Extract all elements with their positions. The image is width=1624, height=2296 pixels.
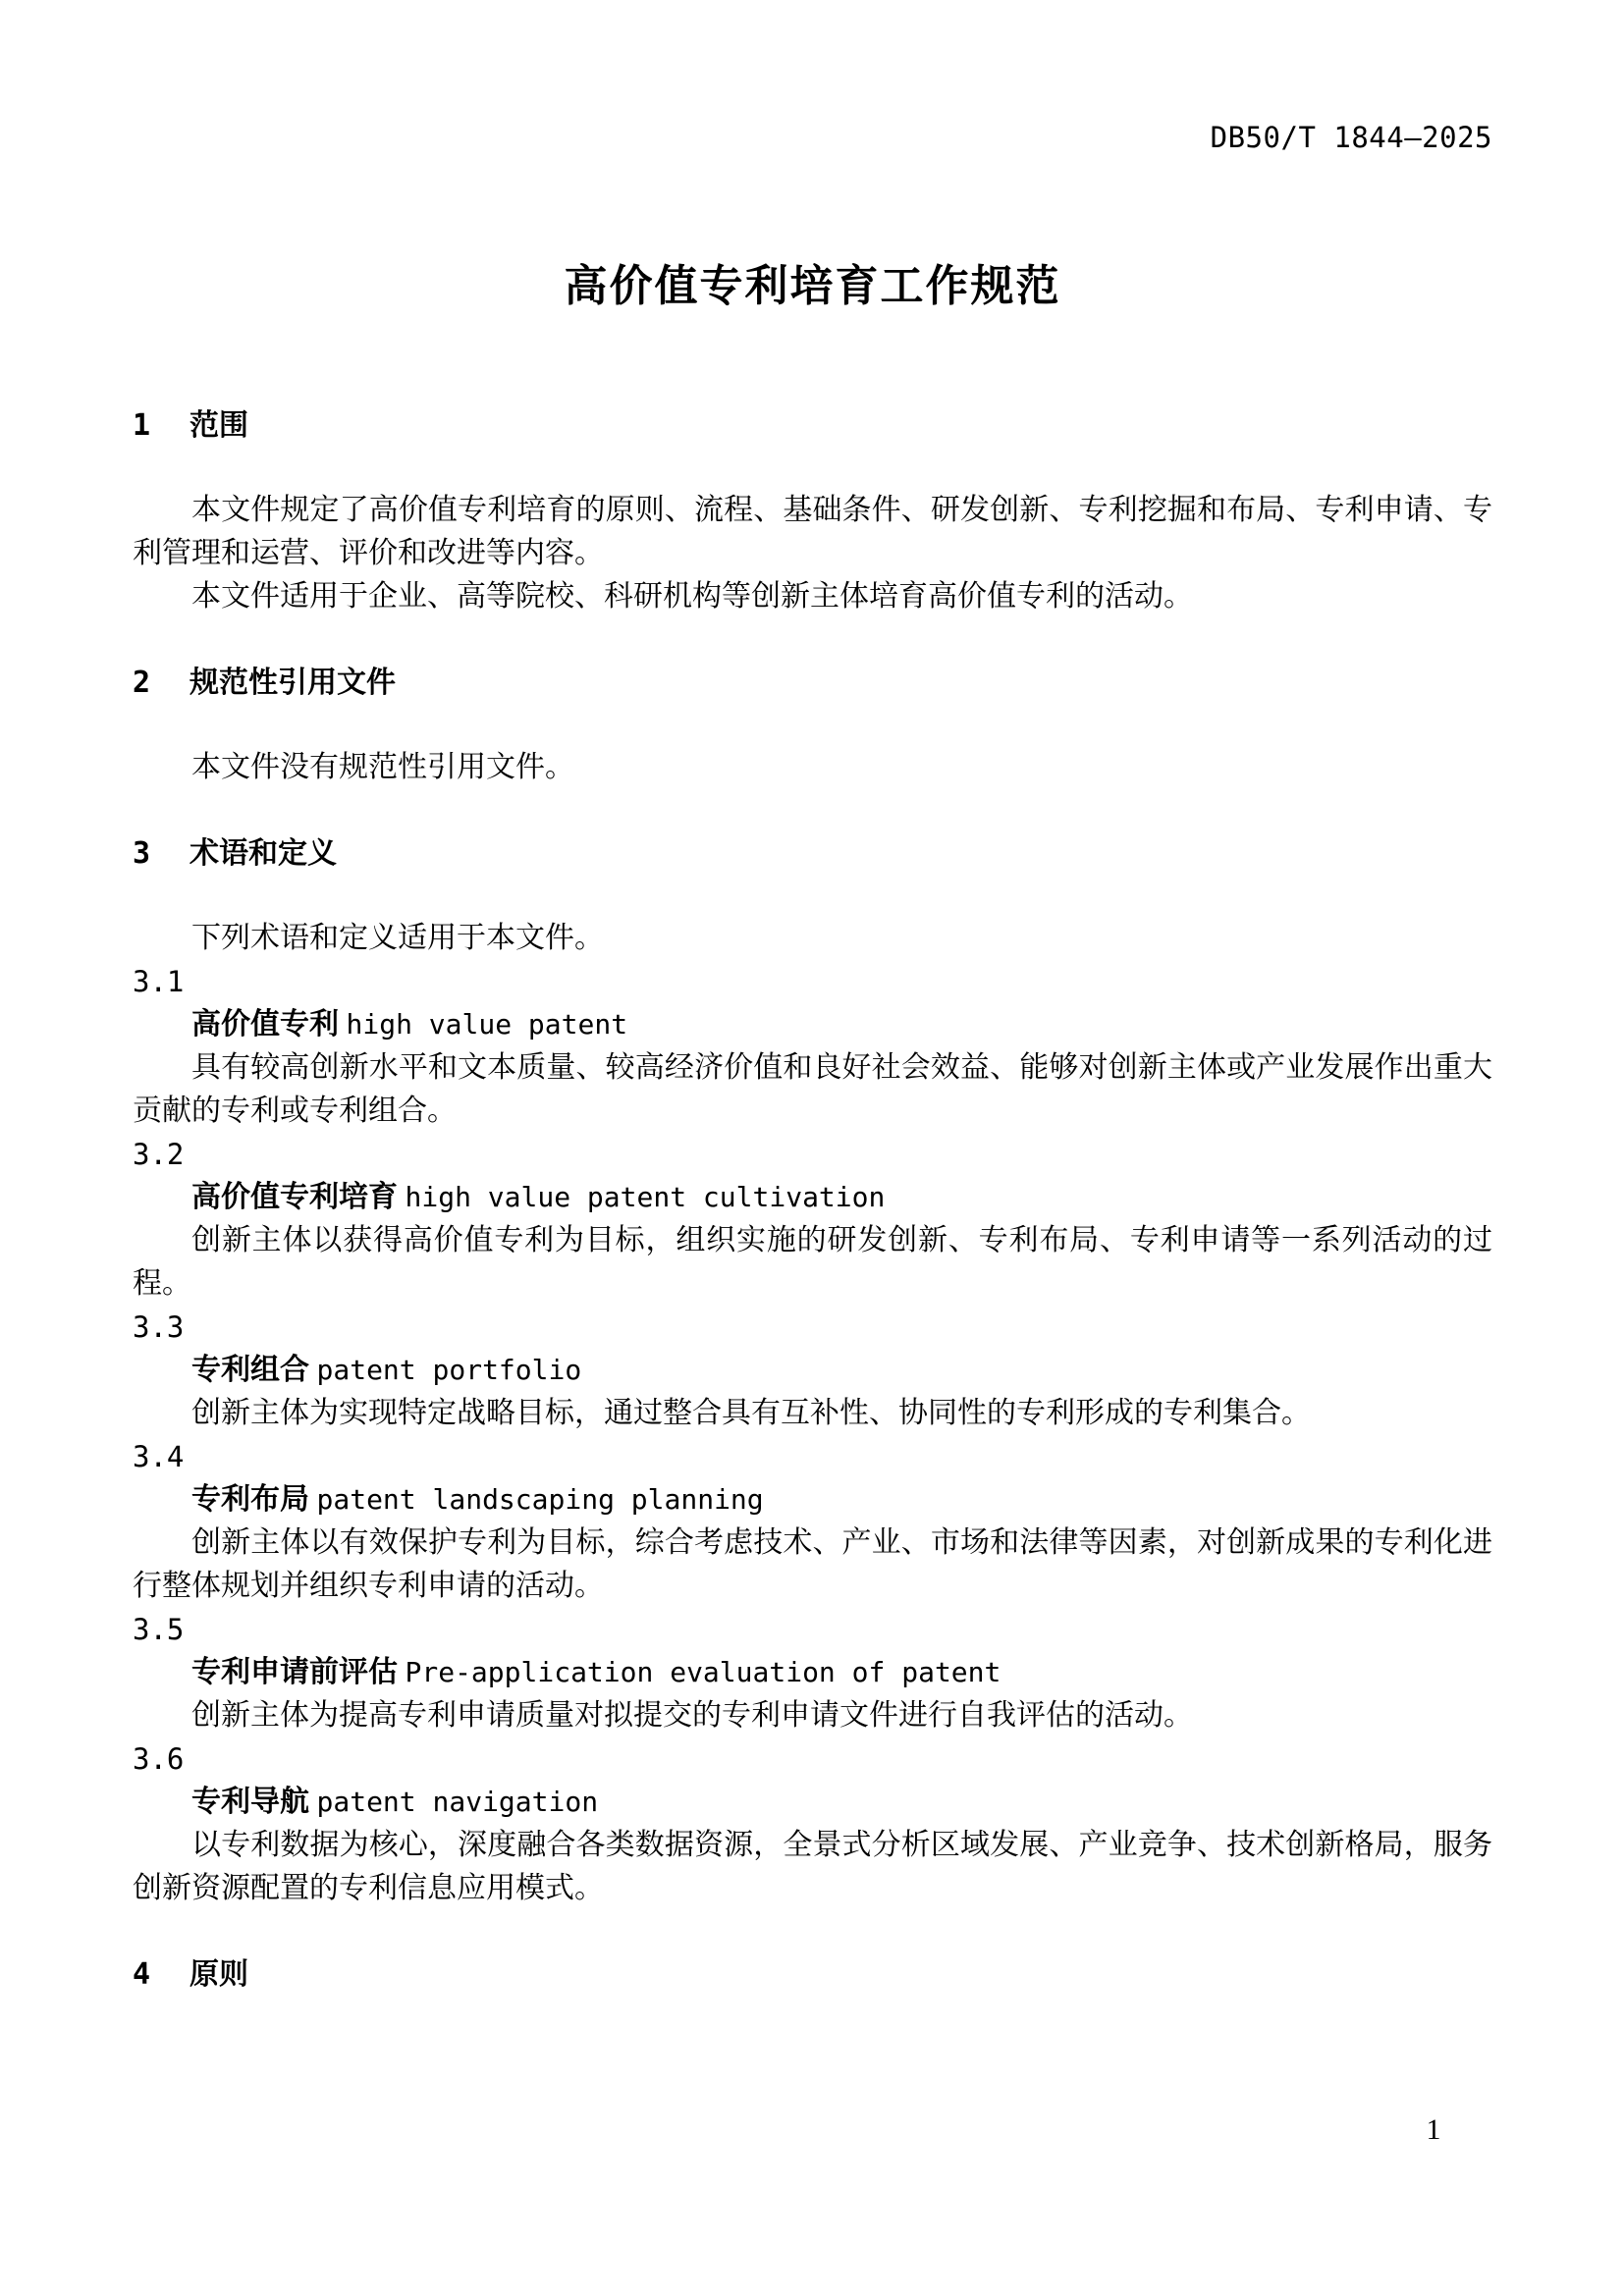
term-3-5: 3.5 专利申请前评估 Pre-application evaluation o…: [133, 1608, 1492, 1737]
term-3-5-id: 3.5: [133, 1608, 1492, 1651]
term-3-2-zh: 高价值专利培育: [191, 1181, 398, 1213]
term-3-4: 3.4 专利布局 patent landscaping planning 创新主…: [133, 1435, 1492, 1608]
section-2-number: 2: [133, 662, 189, 705]
term-3-5-name: 专利申请前评估 Pre-application evaluation of pa…: [133, 1651, 1492, 1694]
section-2-heading: 2规范性引用文件: [133, 662, 1492, 705]
term-3-2-en: high value patent cultivation: [406, 1181, 886, 1213]
term-3-1-name: 高价值专利 high value patent: [133, 1003, 1492, 1046]
term-3-3-definition: 创新主体为实现特定战略目标，通过整合具有互补性、协同性的专利形成的专利集合。: [133, 1392, 1492, 1435]
term-3-4-name: 专利布局 patent landscaping planning: [133, 1478, 1492, 1522]
section-4-title: 原则: [189, 1958, 248, 1991]
term-3-1: 3.1 高价值专利 high value patent 具有较高创新水平和文本质…: [133, 960, 1492, 1133]
page-number: 1: [1414, 2109, 1453, 2152]
section-1-heading: 1范围: [133, 404, 1492, 448]
term-3-4-en: patent landscaping planning: [317, 1483, 764, 1516]
term-3-4-definition: 创新主体以有效保护专利为目标，综合考虑技术、产业、市场和法律等因素，对创新成果的…: [133, 1522, 1492, 1608]
section-3-intro: 下列术语和定义适用于本文件。: [133, 917, 1492, 960]
document-page: DB50/T 1844—2025 高价值专利培育工作规范 1范围 本文件规定了高…: [0, 0, 1624, 2296]
term-3-6-zh: 专利导航: [191, 1786, 309, 1818]
section-3-title: 术语和定义: [189, 837, 337, 870]
term-3-3-zh: 专利组合: [191, 1354, 309, 1386]
document-title: 高价值专利培育工作规范: [133, 261, 1492, 312]
term-3-2: 3.2 高价值专利培育 high value patent cultivatio…: [133, 1133, 1492, 1306]
term-3-5-en: Pre-application evaluation of patent: [406, 1656, 1001, 1688]
term-3-4-id: 3.4: [133, 1435, 1492, 1478]
term-3-2-definition: 创新主体以获得高价值专利为目标，组织实施的研发创新、专利布局、专利申请等一系列活…: [133, 1219, 1492, 1306]
section-2-title: 规范性引用文件: [189, 667, 396, 699]
term-3-6-definition: 以专利数据为核心，深度融合各类数据资源，全景式分析区域发展、产业竞争、技术创新格…: [133, 1824, 1492, 1910]
term-3-4-zh: 专利布局: [191, 1483, 309, 1516]
section-3-number: 3: [133, 832, 189, 876]
standard-number: DB50/T 1844—2025: [133, 0, 1492, 155]
section-2-paragraph-1: 本文件没有规范性引用文件。: [133, 746, 1492, 789]
section-1-paragraph-2: 本文件适用于企业、高等院校、科研机构等创新主体培育高价值专利的活动。: [133, 575, 1492, 618]
term-3-2-name: 高价值专利培育 high value patent cultivation: [133, 1176, 1492, 1219]
section-4-number: 4: [133, 1953, 189, 1997]
term-3-1-zh: 高价值专利: [191, 1008, 339, 1041]
term-3-3-id: 3.3: [133, 1306, 1492, 1349]
page-content: DB50/T 1844—2025 高价值专利培育工作规范 1范围 本文件规定了高…: [0, 0, 1624, 1997]
section-1-number: 1: [133, 404, 189, 448]
term-3-5-definition: 创新主体为提高专利申请质量对拟提交的专利申请文件进行自我评估的活动。: [133, 1694, 1492, 1737]
term-3-3-en: patent portfolio: [317, 1354, 582, 1386]
term-3-6-en: patent navigation: [317, 1786, 599, 1818]
term-3-6-name: 专利导航 patent navigation: [133, 1781, 1492, 1824]
term-3-1-en: high value patent: [347, 1008, 628, 1041]
term-3-2-id: 3.2: [133, 1133, 1492, 1176]
term-3-6: 3.6 专利导航 patent navigation 以专利数据为核心，深度融合…: [133, 1737, 1492, 1910]
term-3-6-id: 3.6: [133, 1737, 1492, 1781]
term-3-3-name: 专利组合 patent portfolio: [133, 1349, 1492, 1392]
term-3-3: 3.3 专利组合 patent portfolio 创新主体为实现特定战略目标，…: [133, 1306, 1492, 1435]
section-1-paragraph-1: 本文件规定了高价值专利培育的原则、流程、基础条件、研发创新、专利挖掘和布局、专利…: [133, 489, 1492, 575]
section-1-title: 范围: [189, 409, 248, 442]
term-3-1-definition: 具有较高创新水平和文本质量、较高经济价值和良好社会效益、能够对创新主体或产业发展…: [133, 1046, 1492, 1133]
term-3-1-id: 3.1: [133, 960, 1492, 1003]
section-3-heading: 3术语和定义: [133, 832, 1492, 876]
term-3-5-zh: 专利申请前评估: [191, 1656, 398, 1688]
section-4-heading: 4原则: [133, 1953, 1492, 1997]
